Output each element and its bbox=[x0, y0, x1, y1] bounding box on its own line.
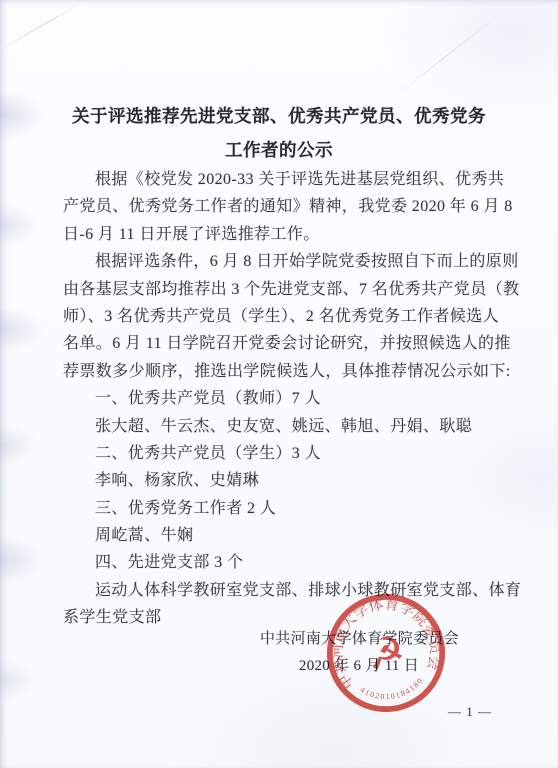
page-number: — 1 — bbox=[438, 704, 502, 720]
doc-line: 根据评选条件，6 月 8 日开始学院党委按照自下而上的原则 bbox=[63, 248, 499, 275]
doc-line: 名单。6 月 11 日学院召开党委会讨论研究，并按照候选人的推 bbox=[63, 330, 499, 357]
document-title-line1: 关于评选推荐先进党支部、优秀共产党员、优秀党务 bbox=[40, 99, 518, 133]
document-title: 关于评选推荐先进党支部、优秀共产党员、优秀党务 工作者的公示 bbox=[40, 99, 518, 167]
doc-line: 日-6 月 11 日开展了评选推荐工作。 bbox=[63, 221, 499, 248]
paper-crease-top-left bbox=[0, 0, 86, 53]
paper-crease-top-right bbox=[388, 9, 507, 102]
doc-line: 李响、杨家欣、史婧琳 bbox=[63, 467, 499, 494]
doc-line: 根据《校党发 2020-33 关于评选先进基层党组织、优秀共 bbox=[63, 166, 499, 193]
doc-line: 由各基层支部均推荐出 3 个先进党支部、7 名优秀共产党员（教 bbox=[63, 276, 499, 303]
hammer-and-sickle-icon: ☭ bbox=[364, 629, 409, 681]
document-body: 根据《校党发 2020-33 关于评选先进基层党组织、优秀共产党员、优秀党务工作… bbox=[63, 166, 499, 632]
doc-line: 产党员、优秀党务工作者的通知》精神，我党委 2020 年 6 月 8 bbox=[63, 193, 499, 220]
doc-line: 四、先进党支部 3 个 bbox=[63, 549, 499, 576]
doc-line: 二、优秀共产党员（学生）3 人 bbox=[63, 440, 499, 467]
doc-line: 张大超、牛云杰、史友宽、姚远、韩旭、丹娟、耿聪 bbox=[63, 413, 499, 440]
doc-line: 三、优秀党务工作者 2 人 bbox=[63, 495, 499, 522]
document-title-line2: 工作者的公示 bbox=[40, 133, 518, 167]
doc-line: 荐票数多少顺序，推选出学院候选人，具体推荐情况公示如下: bbox=[63, 358, 499, 385]
doc-line: 师）、3 名优秀共产党员（学生）、2 名优秀党务工作者候选人 bbox=[63, 303, 499, 330]
doc-line: 周屹蒿、牛娴 bbox=[63, 522, 499, 549]
doc-line: 一、优秀共产党员（教师）7 人 bbox=[63, 385, 499, 412]
scanned-document-page: 关于评选推荐先进党支部、优秀共产党员、优秀党务 工作者的公示 根据《校党发 20… bbox=[0, 0, 558, 768]
